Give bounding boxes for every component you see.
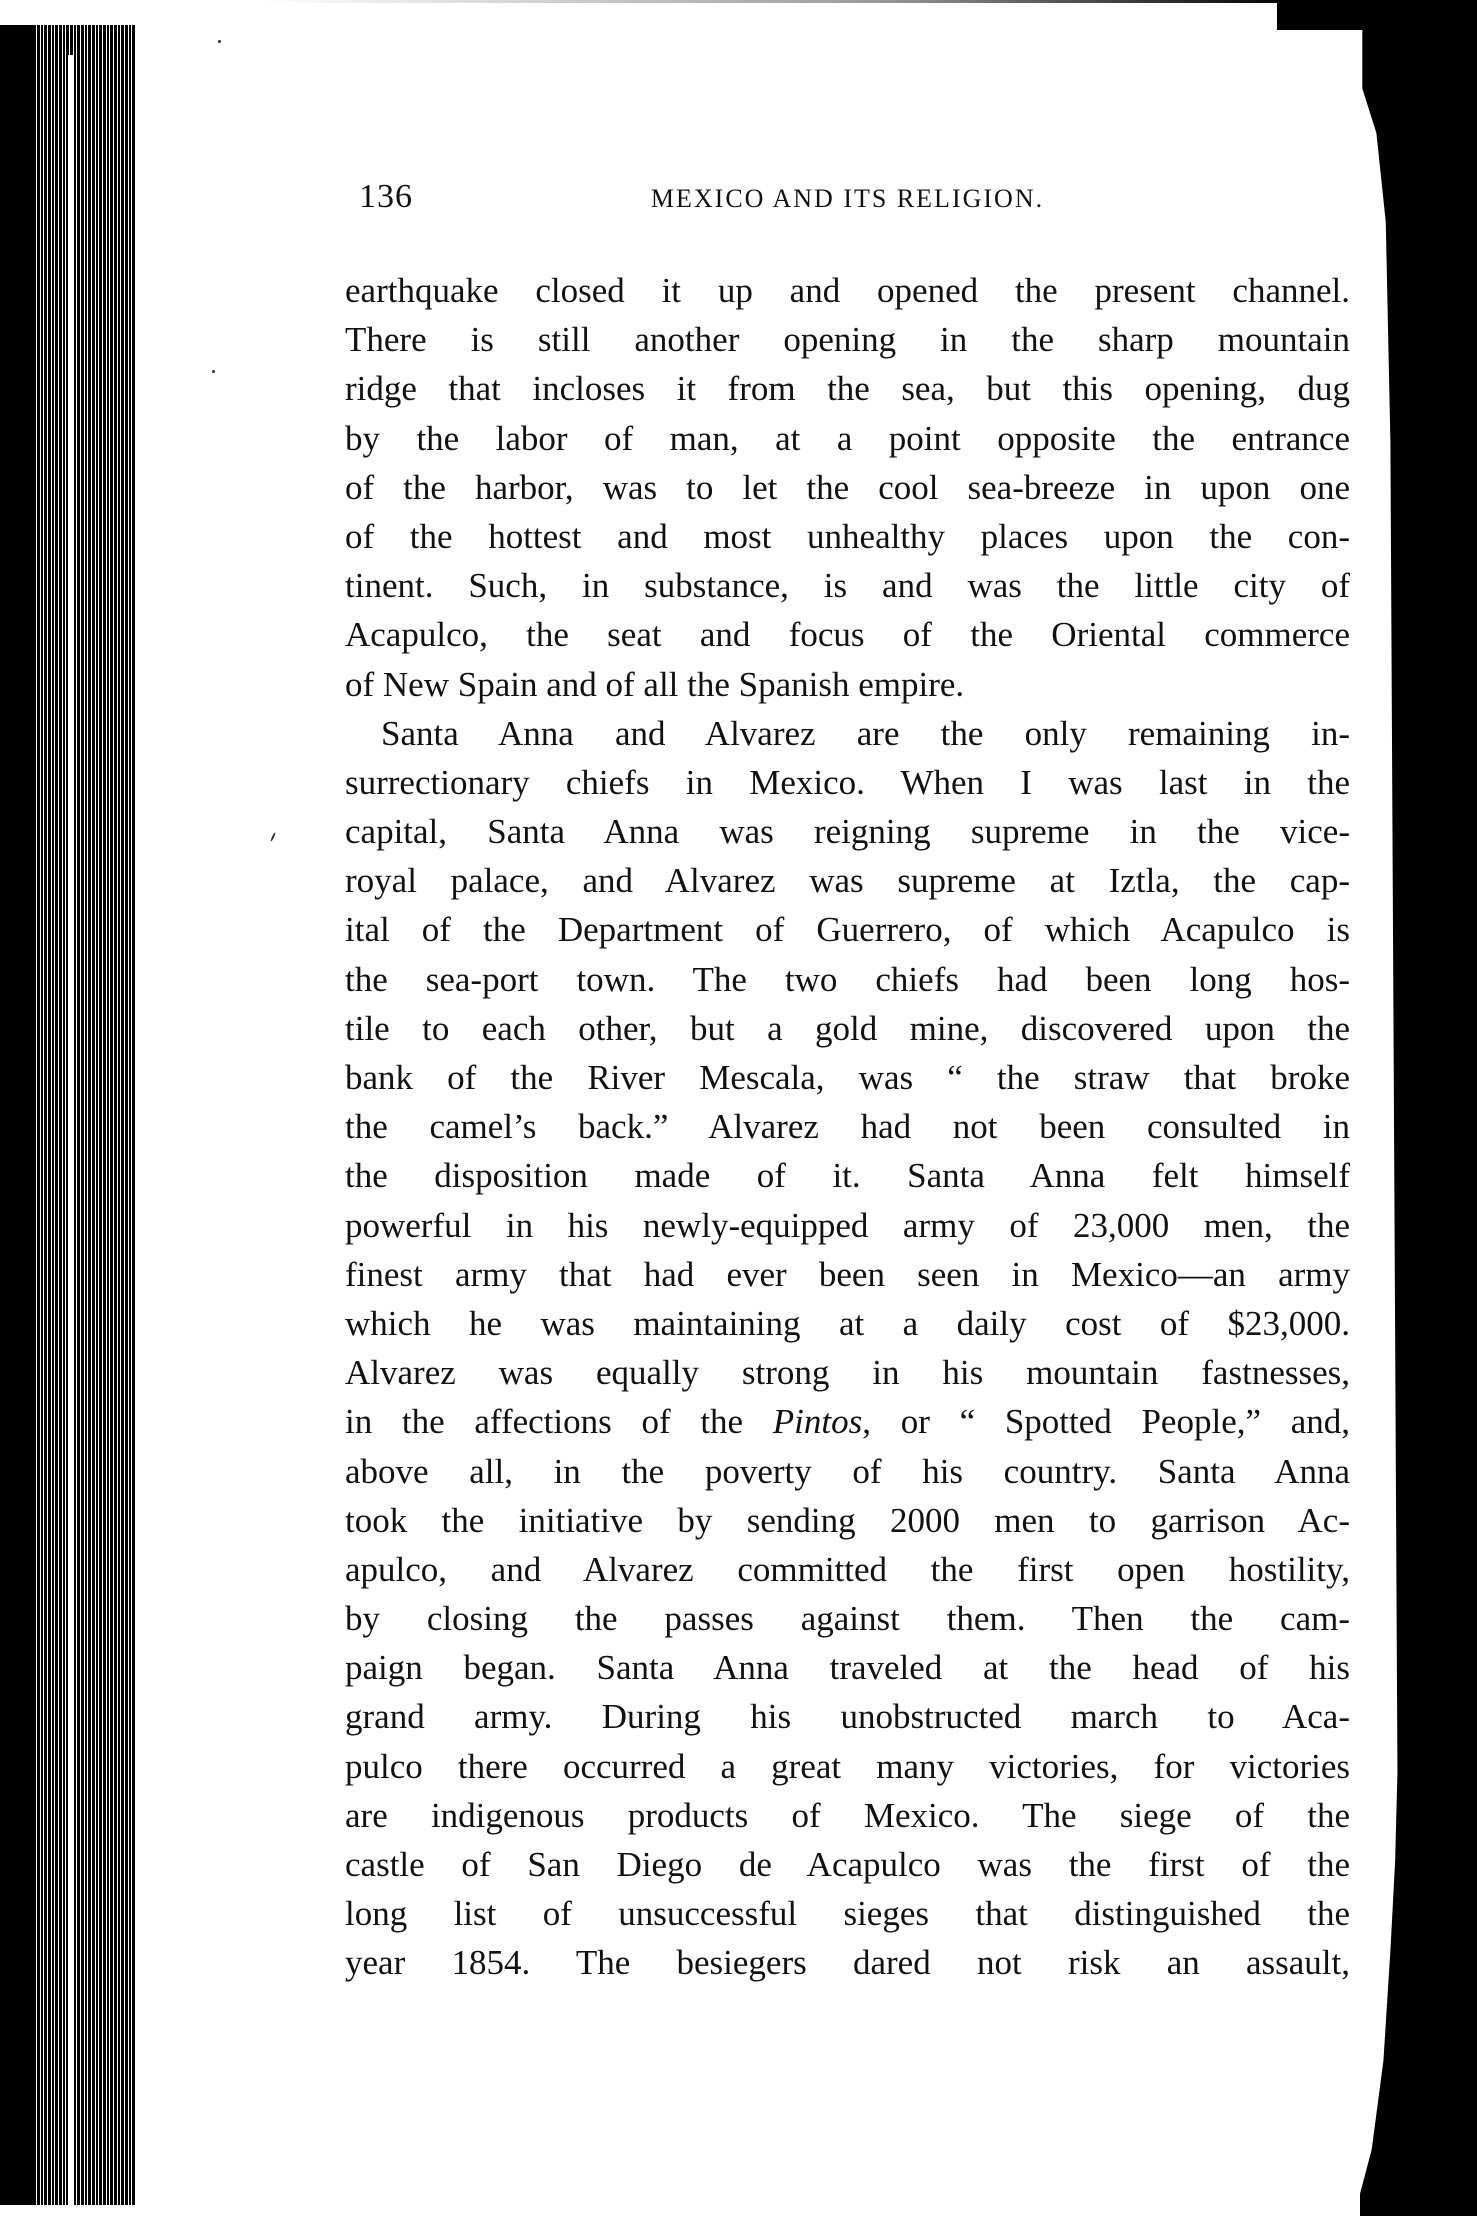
text-line: are indigenous products of Mexico. The s… bbox=[345, 1791, 1350, 1840]
text-line: finest army that had ever been seen in M… bbox=[345, 1250, 1350, 1299]
body-text: earthquake closed it up and opened the p… bbox=[345, 266, 1350, 1988]
text-line: paign began. Santa Anna traveled at the … bbox=[345, 1643, 1350, 1692]
text-line: ital of the Department of Guerrero, of w… bbox=[345, 905, 1350, 954]
book-binding-gutter bbox=[0, 25, 136, 2205]
text-line: in the affections of the Pintos, or “ Sp… bbox=[345, 1397, 1350, 1446]
text-line: grand army. During his unobstructed marc… bbox=[345, 1692, 1350, 1741]
italic-term: Pintos bbox=[773, 1402, 862, 1441]
text-line: apulco, and Alvarez committed the first … bbox=[345, 1545, 1350, 1594]
paragraph: Santa Anna and Alvarez are the only rema… bbox=[345, 709, 1350, 1988]
text-line: of the hottest and most unhealthy places… bbox=[345, 512, 1350, 561]
running-title: MEXICO AND ITS RELIGION. bbox=[345, 184, 1350, 214]
book-page: 136 MEXICO AND ITS RELIGION. earthquake … bbox=[345, 160, 1350, 1988]
text-line: which he was maintaining at a daily cost… bbox=[345, 1299, 1350, 1348]
text-line: pulco there occurred a great many victor… bbox=[345, 1742, 1350, 1791]
text-line: above all, in the poverty of his country… bbox=[345, 1447, 1350, 1496]
text-line: the sea-port town. The two chiefs had be… bbox=[345, 955, 1350, 1004]
scan-top-edge bbox=[260, 0, 1290, 3]
text-line: bank of the River Mescala, was “ the str… bbox=[345, 1053, 1350, 1102]
text-line: There is still another opening in the sh… bbox=[345, 315, 1350, 364]
text-line: the camel’s back.” Alvarez had not been … bbox=[345, 1102, 1350, 1151]
text-line: by closing the passes against them. Then… bbox=[345, 1594, 1350, 1643]
scan-speck bbox=[218, 40, 221, 43]
text-line: of New Spain and of all the Spanish empi… bbox=[345, 660, 1350, 709]
text-line: surrectionary chiefs in Mexico. When I w… bbox=[345, 758, 1350, 807]
text-line: year 1854. The besiegers dared not risk … bbox=[345, 1938, 1350, 1987]
text-line: castle of San Diego de Acapulco was the … bbox=[345, 1840, 1350, 1889]
page-right-edge-shadow bbox=[1360, 0, 1477, 2216]
scan-speck bbox=[270, 832, 276, 842]
text-line: Acapulco, the seat and focus of the Orie… bbox=[345, 610, 1350, 659]
text-line: long list of unsuccessful sieges that di… bbox=[345, 1889, 1350, 1938]
text-line: Santa Anna and Alvarez are the only rema… bbox=[345, 709, 1350, 758]
text-line: tinent. Such, in substance, is and was t… bbox=[345, 561, 1350, 610]
text-line: took the initiative by sending 2000 men … bbox=[345, 1496, 1350, 1545]
text-line: of the harbor, was to let the cool sea-b… bbox=[345, 463, 1350, 512]
text-line: by the labor of man, at a point opposite… bbox=[345, 414, 1350, 463]
text-line: tile to each other, but a gold mine, dis… bbox=[345, 1004, 1350, 1053]
running-head: 136 MEXICO AND ITS RELIGION. bbox=[345, 160, 1350, 240]
text-line: powerful in his newly-equipped army of 2… bbox=[345, 1201, 1350, 1250]
text-line: royal palace, and Alvarez was supreme at… bbox=[345, 856, 1350, 905]
paragraph: earthquake closed it up and opened the p… bbox=[345, 266, 1350, 709]
text-line: the disposition made of it. Santa Anna f… bbox=[345, 1151, 1350, 1200]
text-line: capital, Santa Anna was reigning supreme… bbox=[345, 807, 1350, 856]
scan-speck bbox=[212, 370, 215, 373]
text-line: earthquake closed it up and opened the p… bbox=[345, 266, 1350, 315]
text-line: ridge that incloses it from the sea, but… bbox=[345, 364, 1350, 413]
text-line: Alvarez was equally strong in his mounta… bbox=[345, 1348, 1350, 1397]
